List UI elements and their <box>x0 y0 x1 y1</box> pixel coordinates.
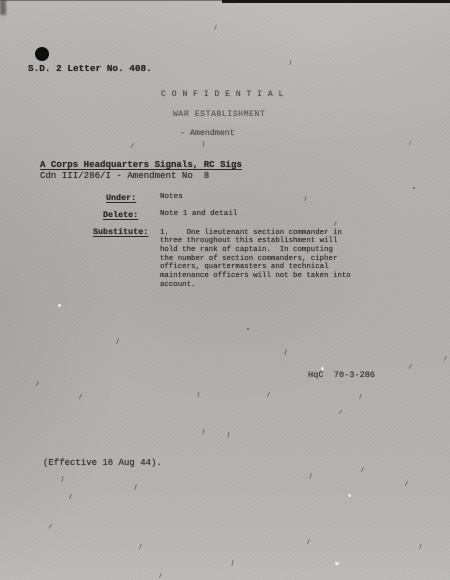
paper-speck <box>339 410 342 413</box>
paper-speck <box>284 349 287 355</box>
amendment-subheading: - Amendment <box>180 130 235 138</box>
paper-speck <box>444 356 447 361</box>
paper-speck <box>198 392 200 397</box>
paper-speck <box>49 524 53 528</box>
paper-speck <box>61 476 64 482</box>
paper-speck <box>228 432 230 438</box>
paper-highlight-speck <box>335 562 339 565</box>
paper-speck <box>334 221 337 226</box>
paper-speck <box>309 473 311 479</box>
paper-speck <box>134 484 137 490</box>
paper-speck <box>202 429 204 434</box>
substitute-paragraph: 1. One lieutenant section commander in t… <box>160 229 351 290</box>
field-value-under: Notes <box>160 194 183 202</box>
field-label-under: Under: <box>106 194 136 202</box>
war-establishment-heading: WAR ESTABLISHMENT <box>173 111 265 119</box>
paper-highlight-speck <box>321 367 324 370</box>
paper-speck <box>413 187 415 189</box>
hole-punch-mark <box>35 47 49 61</box>
paper-speck <box>131 143 135 147</box>
paper-speck <box>139 544 142 549</box>
field-label-delete: Delete: <box>103 211 138 219</box>
paper-speck <box>116 338 119 344</box>
paper-speck <box>247 328 249 330</box>
effective-date: (Effective 16 Aug 44). <box>43 459 162 468</box>
field-value-delete: Note 1 and detail <box>160 211 237 219</box>
field-label-substitute: Substitute: <box>93 228 148 236</box>
paper-speck <box>69 494 72 499</box>
paper-highlight-speck <box>348 494 351 497</box>
scan-edge-hairline <box>0 0 450 1</box>
paper-highlight-speck <box>58 304 61 307</box>
paper-speck <box>231 560 233 566</box>
paper-speck <box>290 60 292 65</box>
paper-speck <box>419 544 422 549</box>
paper-speck <box>79 394 82 399</box>
letter-number: S.D. 2 Letter No. 408. <box>28 64 152 73</box>
unit-title: A Corps Headquarters Signals, RC Sigs <box>40 160 242 169</box>
paper-speck <box>307 539 310 544</box>
paper-speck <box>405 481 408 486</box>
paper-speck <box>304 196 307 201</box>
paper-speck <box>409 140 412 145</box>
paper-speck <box>214 25 217 30</box>
paper-speck <box>361 467 364 471</box>
paper-speck <box>267 392 270 397</box>
paper-speck <box>409 364 412 368</box>
paper-speck <box>36 381 39 385</box>
reference-number: Cdn III/286/I - Amendment No 8 <box>40 171 209 180</box>
scan-corner-smudge <box>0 0 6 15</box>
paper-speck <box>159 573 162 578</box>
file-number: HqC 70-3-286 <box>308 371 375 380</box>
paper-speck <box>359 394 362 399</box>
scanned-document-page: S.D. 2 Letter No. 408. CONFIDENTIAL WAR … <box>0 0 450 580</box>
paper-speck <box>203 141 204 147</box>
classification-heading: CONFIDENTIAL <box>161 91 289 99</box>
